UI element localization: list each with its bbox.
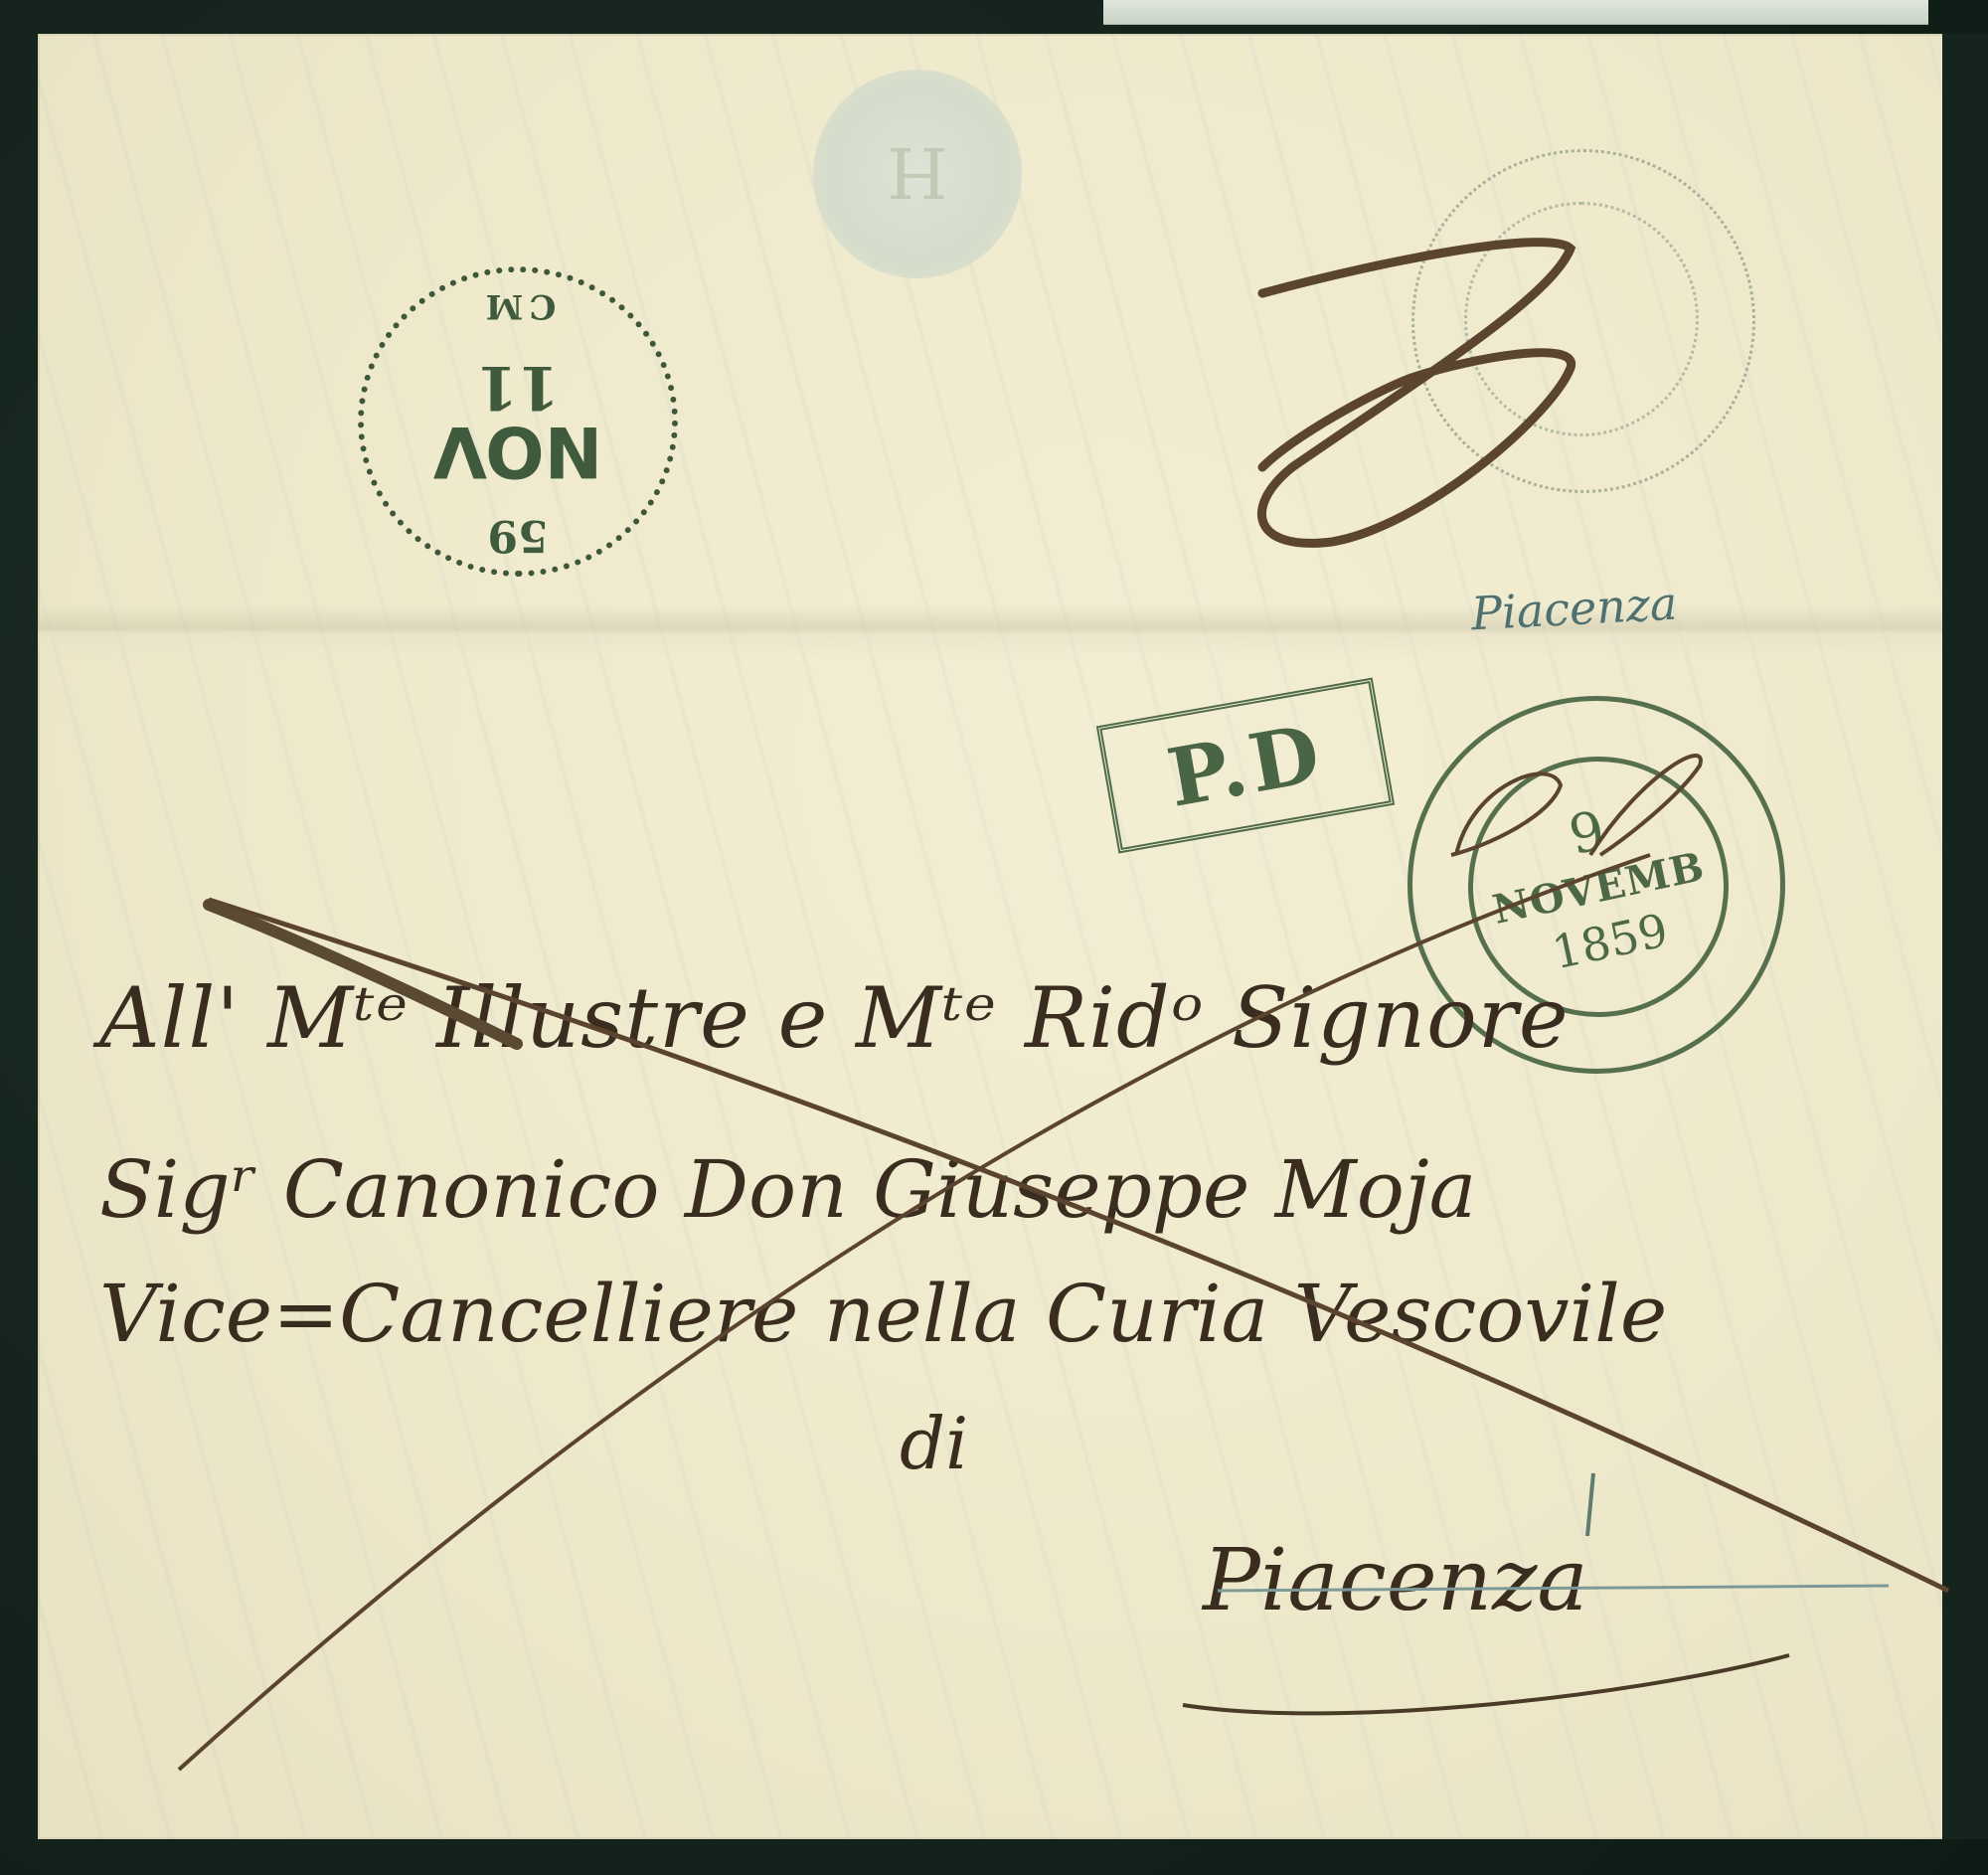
arrival-month: NOV bbox=[433, 417, 602, 486]
departure-day: 9 bbox=[1565, 803, 1609, 863]
address-line-4: di bbox=[900, 1402, 968, 1485]
arrival-year: 59 bbox=[487, 510, 548, 561]
address-line-2: Sigʳ Canonico Don Giuseppe Moja bbox=[99, 1143, 1476, 1236]
address-line-3: Vice=Cancelliere nella Curia Vescovile bbox=[99, 1268, 1667, 1360]
faint-postmark bbox=[1411, 149, 1755, 493]
arrival-postmark: 59 NOV 11 CM bbox=[358, 266, 678, 577]
wax-seal: H bbox=[813, 70, 1022, 278]
letter-flap-strip bbox=[1103, 0, 1928, 25]
address-line-5: Piacenza bbox=[1203, 1531, 1588, 1630]
address-line-1: All' Mᵗᵉ Illustre e Mᵗᵉ Ridᵒ Signore bbox=[99, 969, 1570, 1067]
seal-monogram: H bbox=[813, 131, 1022, 213]
right-border bbox=[1942, 34, 1988, 1839]
arrival-town: CM bbox=[480, 286, 557, 326]
faint-postmark-inner-ring bbox=[1464, 202, 1699, 436]
arrival-day: 11 bbox=[476, 357, 560, 417]
blue-pencil-note: Piacenza bbox=[1470, 577, 1679, 641]
